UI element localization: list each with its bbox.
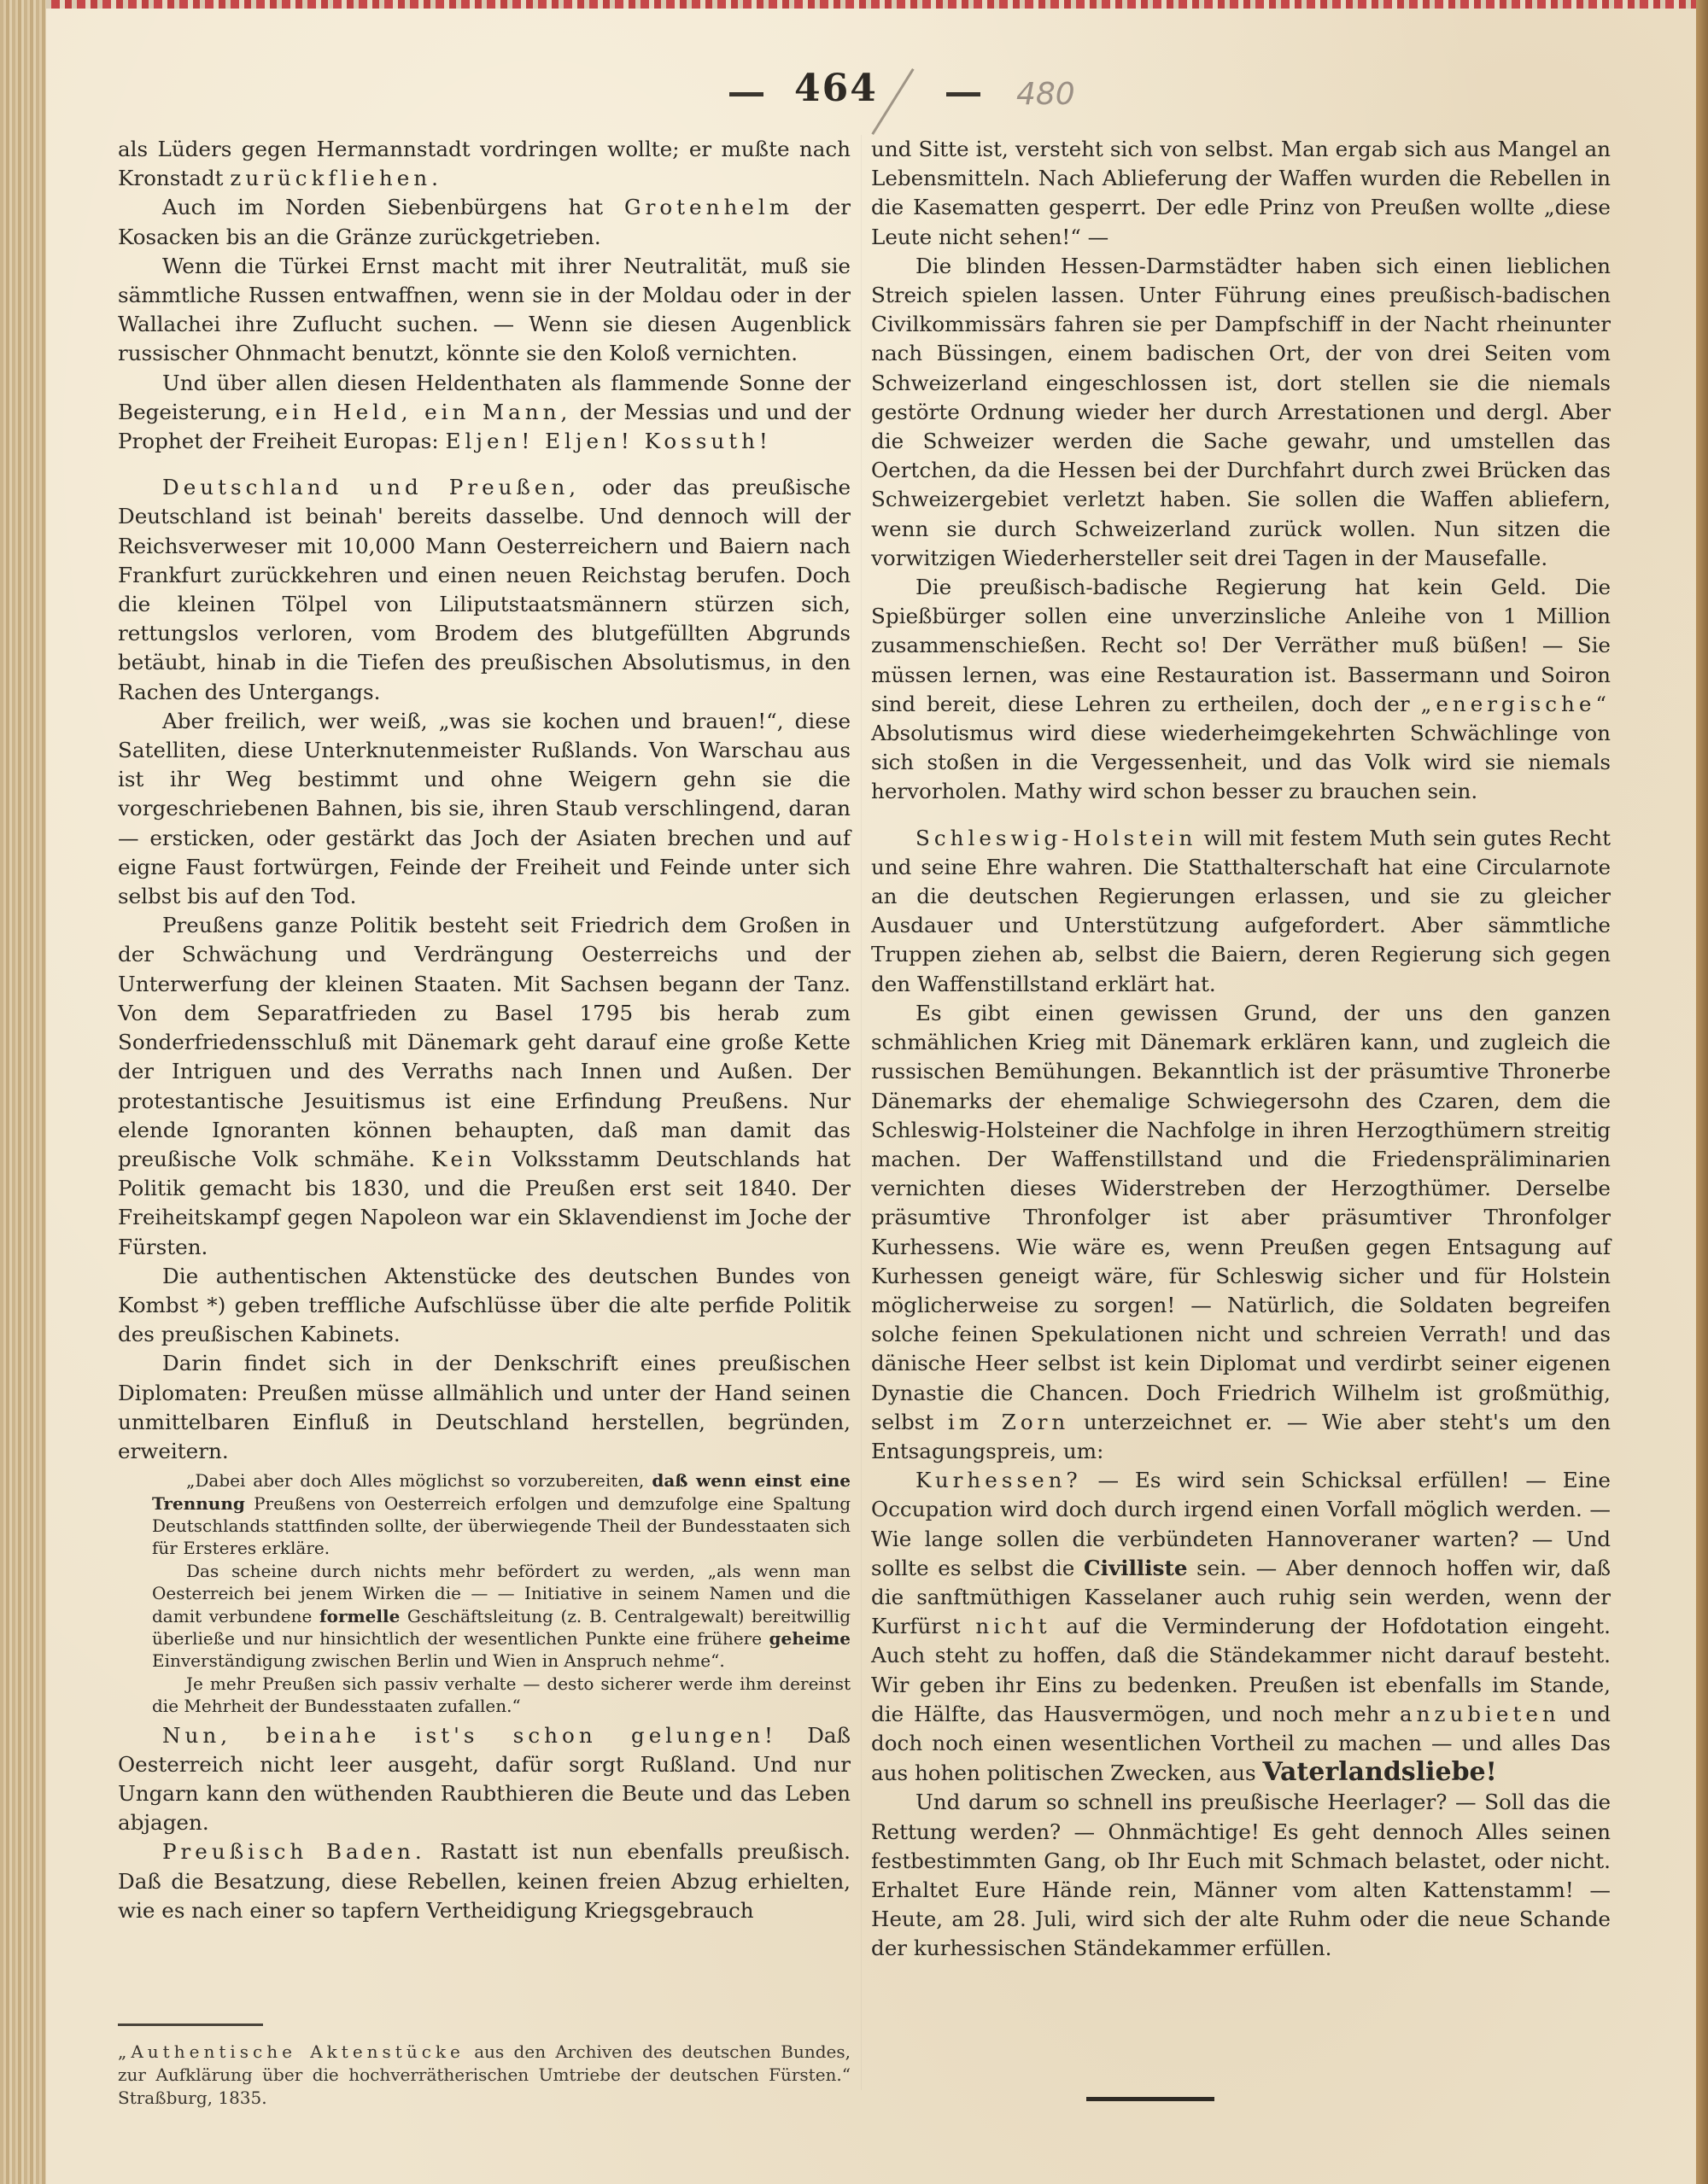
paragraph: Es gibt einen gewissen Grund, der uns de…	[871, 999, 1611, 1466]
quote-paragraph: Das scheine durch nichts mehr befördert …	[152, 1560, 851, 1673]
page-stack-edge	[0, 0, 46, 2184]
quote-paragraph: „Dabei aber doch Alles möglichst so vorz…	[152, 1469, 851, 1560]
paragraph: Die authentischen Aktenstücke des deutsc…	[118, 1262, 851, 1350]
paragraph: Nun, beinahe ist's schon gelungen! Daß O…	[118, 1721, 851, 1838]
page-number: 464	[794, 67, 878, 110]
paragraph: Darin findet sich in der Denkschrift ein…	[118, 1349, 851, 1466]
paragraph: Wenn die Türkei Ernst macht mit ihrer Ne…	[118, 252, 851, 369]
left-column: als Lüders gegen Hermannstadt vordringen…	[118, 135, 851, 1925]
pencil-strike	[871, 68, 914, 135]
paragraph: Und darum so schnell ins preußische Heer…	[871, 1788, 1611, 1963]
header-dash-right	[946, 92, 980, 96]
paragraph: Schleswig-Holstein will mit festem Muth …	[871, 824, 1611, 999]
pencil-annotation: 480	[1016, 77, 1075, 112]
block-quote: „Dabei aber doch Alles möglichst so vorz…	[118, 1469, 851, 1717]
paragraph: Die preußisch-badische Regierung hat kei…	[871, 573, 1611, 807]
paragraph: als Lüders gegen Hermannstadt vordringen…	[118, 135, 851, 193]
header-dash-left	[729, 92, 763, 96]
column-divider	[861, 135, 862, 2090]
paragraph: Preußens ganze Politik besteht seit Frie…	[118, 911, 851, 1261]
right-column: und Sitte ist, versteht sich von selbst.…	[871, 135, 1611, 1964]
right-page-edge	[1696, 0, 1708, 2184]
newspaper-page: 464 480 als Lüders gegen Hermannstadt vo…	[46, 9, 1696, 2184]
footnote-rule	[118, 2023, 263, 2026]
page-header: 464 480	[46, 60, 1696, 120]
quote-paragraph: Je mehr Preußen sich passiv verhalte — d…	[152, 1673, 851, 1718]
paragraph: Aber freilich, wer weiß, „was sie kochen…	[118, 707, 851, 911]
footnote: „Authentische Aktenstücke aus den Archiv…	[118, 2041, 851, 2110]
paragraph: und Sitte ist, versteht sich von selbst.…	[871, 135, 1611, 252]
paragraph: Die blinden Hessen-Darmstädter haben sic…	[871, 252, 1611, 573]
paragraph: Preußisch Baden. Rastatt ist nun ebenfal…	[118, 1837, 851, 1925]
article-end-rule	[1086, 2097, 1214, 2101]
paragraph: Deutschland und Preußen, oder das preußi…	[118, 473, 851, 707]
paragraph: Kurhessen? — Es wird sein Schicksal erfü…	[871, 1466, 1611, 1788]
paragraph: Auch im Norden Siebenbürgens hat Grotenh…	[118, 193, 851, 251]
paragraph: Und über allen diesen Heldenthaten als f…	[118, 369, 851, 457]
